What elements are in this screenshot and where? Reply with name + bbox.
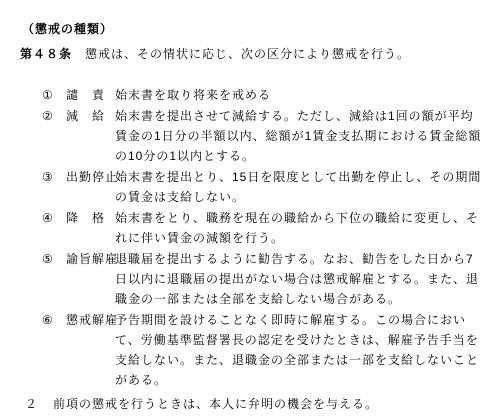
item-text: 退職届を提出するように勧告する。なお、勧告をした日から7日以内に退職届の提出がな… bbox=[115, 249, 483, 309]
item-number: ② bbox=[42, 106, 66, 126]
item-text: 始末書を提出させて減給する。ただし、減給は1回の額が平均賃金の1日分の半額以内、… bbox=[115, 106, 483, 166]
list-item-5: ⑤ 諭旨解雇 退職届を提出するように勧告する。なお、勧告をした日から7日以内に退… bbox=[20, 249, 489, 309]
article-number: 第４８条 bbox=[20, 47, 72, 61]
item-number: ③ bbox=[42, 167, 66, 187]
item-label: 懲戒解雇 bbox=[66, 310, 115, 330]
item-number: ⑥ bbox=[42, 310, 66, 330]
item-number: ① bbox=[42, 85, 66, 105]
item-text: 始末書をとり、職務を現在の職給から下位の職給に変更し、それに伴い賃金の減額を行う… bbox=[115, 208, 483, 248]
list-item-4: ④ 降 格 始末書をとり、職務を現在の職給から下位の職給に変更し、それに伴い賃金… bbox=[20, 208, 489, 248]
paragraph-2-number: ２ bbox=[25, 397, 38, 411]
list-item-6: ⑥ 懲戒解雇 予告期間を設けることなく即時に解雇する。この場合において、労働基準… bbox=[20, 310, 489, 390]
item-number: ⑤ bbox=[42, 249, 66, 269]
article-line: 第４８条懲戒は、その情状に応じ、次の区分により懲戒を行う。 bbox=[20, 47, 489, 61]
paragraph-2-text: 前項の懲戒を行うときは、本人に弁明の機会を与える。 bbox=[53, 397, 378, 411]
section-heading: （懲戒の種類） bbox=[22, 22, 489, 36]
item-text: 予告期間を設けることなく即時に解雇する。この場合において、労働基準監督署長の認定… bbox=[115, 310, 483, 390]
item-label: 降 格 bbox=[66, 208, 115, 228]
item-label: 出勤停止 bbox=[66, 167, 115, 187]
item-text: 始末書を提出とり、15日を限度として出勤を停止し、その期間の賃金は支給しない。 bbox=[115, 167, 483, 207]
list-item-1: ① 譴 責 始末書を取り将来を戒める bbox=[20, 85, 489, 105]
item-label: 諭旨解雇 bbox=[66, 249, 115, 269]
item-number: ④ bbox=[42, 208, 66, 228]
item-label: 譴 責 bbox=[66, 85, 115, 105]
item-label: 減 給 bbox=[66, 106, 115, 126]
discipline-list: ① 譴 責 始末書を取り将来を戒める ② 減 給 始末書を提出させて減給する。た… bbox=[20, 85, 489, 390]
item-text: 始末書を取り将来を戒める bbox=[115, 85, 483, 105]
document-page: （懲戒の種類） 第４８条懲戒は、その情状に応じ、次の区分により懲戒を行う。 ① … bbox=[0, 0, 499, 416]
list-item-2: ② 減 給 始末書を提出させて減給する。ただし、減給は1回の額が平均賃金の1日分… bbox=[20, 106, 489, 166]
list-item-3: ③ 出勤停止 始末書を提出とり、15日を限度として出勤を停止し、その期間の賃金は… bbox=[20, 167, 489, 207]
paragraph-2: ２前項の懲戒を行うときは、本人に弁明の機会を与える。 bbox=[25, 394, 489, 414]
article-text: 懲戒は、その情状に応じ、次の区分により懲戒を行う。 bbox=[85, 47, 410, 61]
